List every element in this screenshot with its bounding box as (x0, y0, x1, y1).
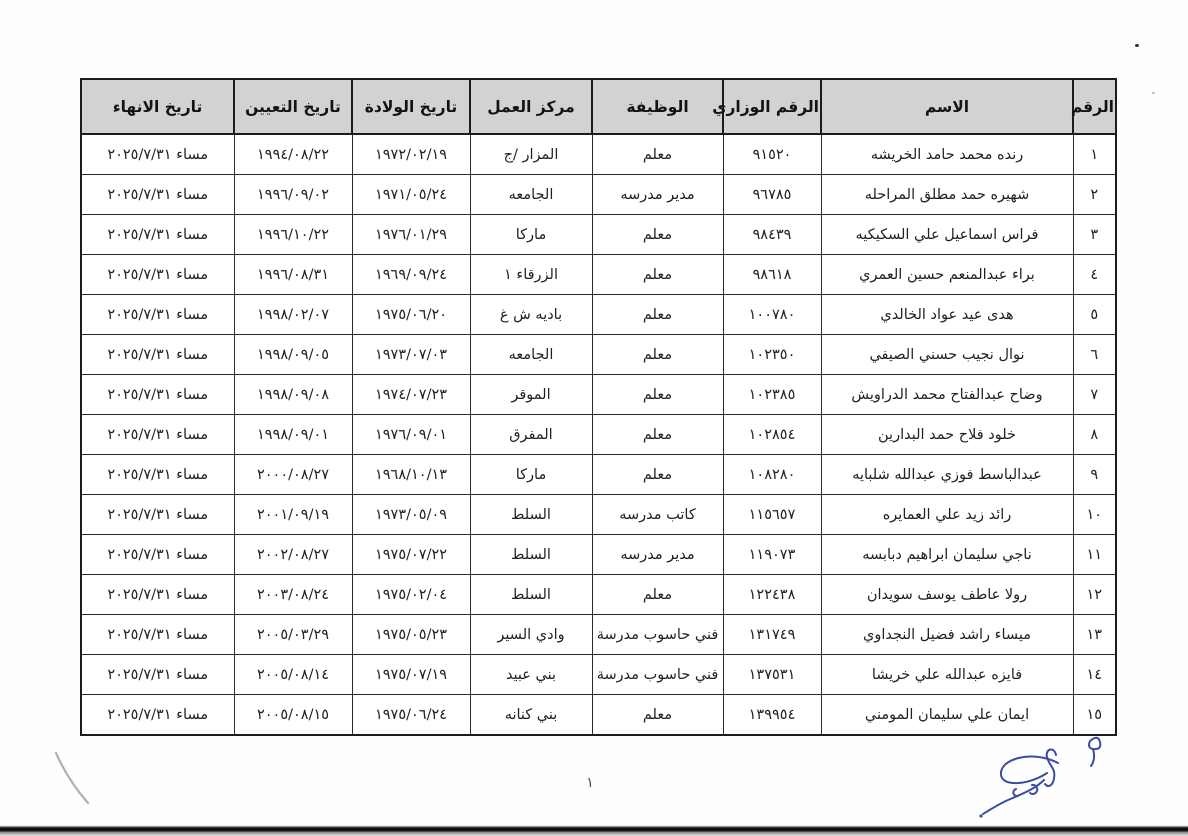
table-body: ١رنده محمد حامد الخريشه٩١٥٢٠معلمالمزار /… (81, 134, 1116, 735)
cell-name: هدى عيد عواد الخالدي (821, 295, 1073, 335)
records-table: الرقمالاسمالرقم الوزاريالوظيفةمركز العمل… (80, 78, 1117, 736)
cell-row-number: ١٤ (1073, 655, 1116, 695)
cell-row-number: ٥ (1073, 295, 1116, 335)
cell-appointment-date: ٢٠٠٥/٠٨/١٥ (234, 695, 352, 736)
cell-row-number: ١٥ (1073, 695, 1116, 736)
col-header-work-center: مركز العمل (470, 79, 592, 134)
cell-birth-date: ١٩٦٨/١٠/١٣ (352, 455, 470, 495)
scan-edge-shadow (0, 823, 1188, 836)
table-row: ٧وضاح عبدالفتاح محمد الدراويش١٠٢٣٨٥معلما… (81, 375, 1116, 415)
cell-row-number: ١١ (1073, 535, 1116, 575)
cell-end-date: مساء ٢٠٢٥/٧/٣١ (81, 655, 234, 695)
cell-end-date: مساء ٢٠٢٥/٧/٣١ (81, 255, 234, 295)
cell-name: خلود فلاح حمد البدارين (821, 415, 1073, 455)
cell-appointment-date: ٢٠٠١/٠٩/١٩ (234, 495, 352, 535)
cell-job-title: فني حاسوب مدرسة (592, 655, 723, 695)
ink-speck (1135, 44, 1139, 47)
table-row: ٤براء عبدالمنعم حسين العمري٩٨٦١٨معلمالزر… (81, 255, 1116, 295)
table-row: ٦نوال نجيب حسني الصيفي١٠٢٣٥٠معلمالجامعه١… (81, 335, 1116, 375)
cell-job-title: معلم (592, 134, 723, 175)
col-header-job-title: الوظيفة (592, 79, 723, 134)
cell-work-center: ماركا (470, 455, 592, 495)
table-row: ٣فراس اسماعيل علي السكيكيه٩٨٤٣٩معلمماركا… (81, 215, 1116, 255)
scanned-document-page: الرقمالاسمالرقم الوزاريالوظيفةمركز العمل… (0, 0, 1188, 836)
cell-end-date: مساء ٢٠٢٥/٧/٣١ (81, 415, 234, 455)
cell-end-date: مساء ٢٠٢٥/٧/٣١ (81, 335, 234, 375)
cell-appointment-date: ٢٠٠٥/٠٨/١٤ (234, 655, 352, 695)
col-header-birth-date: تاريخ الولادة (352, 79, 470, 134)
cell-birth-date: ١٩٧٦/٠١/٢٩ (352, 215, 470, 255)
cell-ministry-number: ١٠٢٨٥٤ (723, 415, 821, 455)
cell-row-number: ٣ (1073, 215, 1116, 255)
cell-appointment-date: ١٩٩٦/١٠/٢٢ (234, 215, 352, 255)
cell-work-center: السلط (470, 495, 592, 535)
cell-work-center: وادي السير (470, 615, 592, 655)
cell-name: عبدالباسط فوزي عبدالله شلبايه (821, 455, 1073, 495)
cell-work-center: السلط (470, 575, 592, 615)
cell-ministry-number: ١٠٢٣٥٠ (723, 335, 821, 375)
cell-name: رنده محمد حامد الخريشه (821, 134, 1073, 175)
table-row: ١رنده محمد حامد الخريشه٩١٥٢٠معلمالمزار /… (81, 134, 1116, 175)
cell-appointment-date: ١٩٩٨/٠٩/٠١ (234, 415, 352, 455)
cell-appointment-date: ٢٠٠٠/٠٨/٢٧ (234, 455, 352, 495)
col-header-end-date: تاريخ الانهاء (81, 79, 234, 134)
col-header-appointment-date: تاريخ التعيين (234, 79, 352, 134)
cell-appointment-date: ١٩٩٦/٠٨/٣١ (234, 255, 352, 295)
cell-end-date: مساء ٢٠٢٥/٧/٣١ (81, 455, 234, 495)
cell-appointment-date: ١٩٩٨/٠٩/٠٥ (234, 335, 352, 375)
cell-row-number: ٩ (1073, 455, 1116, 495)
cell-ministry-number: ١٢٢٤٣٨ (723, 575, 821, 615)
col-header-name: الاسم (821, 79, 1073, 134)
table-row: ٩عبدالباسط فوزي عبدالله شلبايه١٠٨٢٨٠معلم… (81, 455, 1116, 495)
cell-end-date: مساء ٢٠٢٥/٧/٣١ (81, 575, 234, 615)
cell-ministry-number: ١٠٠٧٨٠ (723, 295, 821, 335)
cell-ministry-number: ١١٩٠٧٣ (723, 535, 821, 575)
cell-end-date: مساء ٢٠٢٥/٧/٣١ (81, 295, 234, 335)
cell-appointment-date: ٢٠٠٣/٠٨/٢٤ (234, 575, 352, 615)
cell-name: فايزه عبدالله علي خريشا (821, 655, 1073, 695)
cell-work-center: بني كنانه (470, 695, 592, 736)
table-header-row: الرقمالاسمالرقم الوزاريالوظيفةمركز العمل… (81, 79, 1116, 134)
cell-work-center: الزرقاء ١ (470, 255, 592, 295)
cell-birth-date: ١٩٧٥/٠٥/٢٣ (352, 615, 470, 655)
table-row: ١٢رولا عاطف يوسف سويدان١٢٢٤٣٨معلمالسلط١٩… (81, 575, 1116, 615)
cell-row-number: ٨ (1073, 415, 1116, 455)
table-row: ١٣ميساء راشد فضيل النجداوي١٣١٧٤٩فني حاسو… (81, 615, 1116, 655)
signature-ink (972, 733, 1106, 823)
table-row: ١٠رائد زيد علي العمايره١١٥٦٥٧كاتب مدرسها… (81, 495, 1116, 535)
cell-job-title: معلم (592, 695, 723, 736)
cell-ministry-number: ٩٨٦١٨ (723, 255, 821, 295)
cell-name: فراس اسماعيل علي السكيكيه (821, 215, 1073, 255)
cell-end-date: مساء ٢٠٢٥/٧/٣١ (81, 134, 234, 175)
cell-birth-date: ١٩٧٦/٠٩/٠١ (352, 415, 470, 455)
cell-row-number: ١٠ (1073, 495, 1116, 535)
cell-job-title: معلم (592, 295, 723, 335)
cell-work-center: بني عبيد (470, 655, 592, 695)
cell-birth-date: ١٩٧٥/٠٦/٢٤ (352, 695, 470, 736)
cell-end-date: مساء ٢٠٢٥/٧/٣١ (81, 375, 234, 415)
page-number: ١ (572, 775, 608, 791)
cell-ministry-number: ٩١٥٢٠ (723, 134, 821, 175)
cell-work-center: باديه ش غ (470, 295, 592, 335)
cell-appointment-date: ١٩٩٦/٠٩/٠٢ (234, 175, 352, 215)
cell-ministry-number: ١٠٢٣٨٥ (723, 375, 821, 415)
cell-name: رولا عاطف يوسف سويدان (821, 575, 1073, 615)
cell-row-number: ٤ (1073, 255, 1116, 295)
cell-row-number: ٢ (1073, 175, 1116, 215)
cell-job-title: معلم (592, 455, 723, 495)
cell-ministry-number: ١١٥٦٥٧ (723, 495, 821, 535)
cell-row-number: ٧ (1073, 375, 1116, 415)
cell-appointment-date: ٢٠٠٥/٠٣/٢٩ (234, 615, 352, 655)
cell-end-date: مساء ٢٠٢٥/٧/٣١ (81, 695, 234, 736)
cell-ministry-number: ١٠٨٢٨٠ (723, 455, 821, 495)
cell-birth-date: ١٩٦٩/٠٩/٢٤ (352, 255, 470, 295)
table-row: ٨خلود فلاح حمد البدارين١٠٢٨٥٤معلمالمفرق١… (81, 415, 1116, 455)
cell-birth-date: ١٩٧٥/٠٦/٢٠ (352, 295, 470, 335)
cell-ministry-number: ١٣٩٩٥٤ (723, 695, 821, 736)
cell-row-number: ١٣ (1073, 615, 1116, 655)
cell-end-date: مساء ٢٠٢٥/٧/٣١ (81, 495, 234, 535)
cell-ministry-number: ١٣٧٥٣١ (723, 655, 821, 695)
cell-appointment-date: ١٩٩٨/٠٢/٠٧ (234, 295, 352, 335)
cell-job-title: معلم (592, 375, 723, 415)
cell-work-center: المزار /ج (470, 134, 592, 175)
cell-job-title: معلم (592, 335, 723, 375)
cell-job-title: معلم (592, 215, 723, 255)
table-row: ٢شهيره حمد مطلق المراحله٩٦٧٨٥مدير مدرسها… (81, 175, 1116, 215)
cell-name: شهيره حمد مطلق المراحله (821, 175, 1073, 215)
cell-job-title: معلم (592, 255, 723, 295)
cell-work-center: الموقر (470, 375, 592, 415)
cell-name: وضاح عبدالفتاح محمد الدراويش (821, 375, 1073, 415)
cell-birth-date: ١٩٧٥/٠٧/١٩ (352, 655, 470, 695)
cell-birth-date: ١٩٧٤/٠٧/٢٣ (352, 375, 470, 415)
cell-name: ميساء راشد فضيل النجداوي (821, 615, 1073, 655)
cell-row-number: ٦ (1073, 335, 1116, 375)
cell-birth-date: ١٩٧٥/٠٢/٠٤ (352, 575, 470, 615)
ink-speck (1152, 92, 1155, 94)
cell-job-title: معلم (592, 415, 723, 455)
cell-job-title: مدير مدرسه (592, 535, 723, 575)
cell-end-date: مساء ٢٠٢٥/٧/٣١ (81, 215, 234, 255)
cell-ministry-number: ٩٨٤٣٩ (723, 215, 821, 255)
cell-appointment-date: ١٩٩٤/٠٨/٢٢ (234, 134, 352, 175)
cell-ministry-number: ١٣١٧٤٩ (723, 615, 821, 655)
cell-end-date: مساء ٢٠٢٥/٧/٣١ (81, 615, 234, 655)
cell-job-title: مدير مدرسه (592, 175, 723, 215)
cell-end-date: مساء ٢٠٢٥/٧/٣١ (81, 175, 234, 215)
cell-work-center: المفرق (470, 415, 592, 455)
cell-name: ايمان علي سليمان المومني (821, 695, 1073, 736)
cell-birth-date: ١٩٧٣/٠٥/٠٩ (352, 495, 470, 535)
pen-mark (52, 750, 96, 810)
cell-ministry-number: ٩٦٧٨٥ (723, 175, 821, 215)
col-header-ministry-number: الرقم الوزاري (723, 79, 821, 134)
cell-work-center: ماركا (470, 215, 592, 255)
cell-job-title: كاتب مدرسه (592, 495, 723, 535)
cell-row-number: ١ (1073, 134, 1116, 175)
cell-job-title: معلم (592, 575, 723, 615)
cell-job-title: فني حاسوب مدرسة (592, 615, 723, 655)
cell-work-center: الجامعه (470, 175, 592, 215)
cell-name: رائد زيد علي العمايره (821, 495, 1073, 535)
cell-name: براء عبدالمنعم حسين العمري (821, 255, 1073, 295)
cell-birth-date: ١٩٧٢/٠٢/١٩ (352, 134, 470, 175)
cell-work-center: الجامعه (470, 335, 592, 375)
cell-appointment-date: ١٩٩٨/٠٩/٠٨ (234, 375, 352, 415)
cell-birth-date: ١٩٧٥/٠٧/٢٢ (352, 535, 470, 575)
table-row: ١٥ايمان علي سليمان المومني١٣٩٩٥٤معلمبني … (81, 695, 1116, 736)
table-row: ٥هدى عيد عواد الخالدي١٠٠٧٨٠معلمباديه ش غ… (81, 295, 1116, 335)
cell-row-number: ١٢ (1073, 575, 1116, 615)
cell-name: نوال نجيب حسني الصيفي (821, 335, 1073, 375)
table-row: ١٤فايزه عبدالله علي خريشا١٣٧٥٣١فني حاسوب… (81, 655, 1116, 695)
cell-name: ناجي سليمان ابراهيم دبابسه (821, 535, 1073, 575)
table-row: ١١ناجي سليمان ابراهيم دبابسه١١٩٠٧٣مدير م… (81, 535, 1116, 575)
cell-work-center: السلط (470, 535, 592, 575)
cell-end-date: مساء ٢٠٢٥/٧/٣١ (81, 535, 234, 575)
cell-appointment-date: ٢٠٠٢/٠٨/٢٧ (234, 535, 352, 575)
cell-birth-date: ١٩٧٣/٠٧/٠٣ (352, 335, 470, 375)
col-header-row-number: الرقم (1073, 79, 1116, 134)
cell-birth-date: ١٩٧١/٠٥/٢٤ (352, 175, 470, 215)
